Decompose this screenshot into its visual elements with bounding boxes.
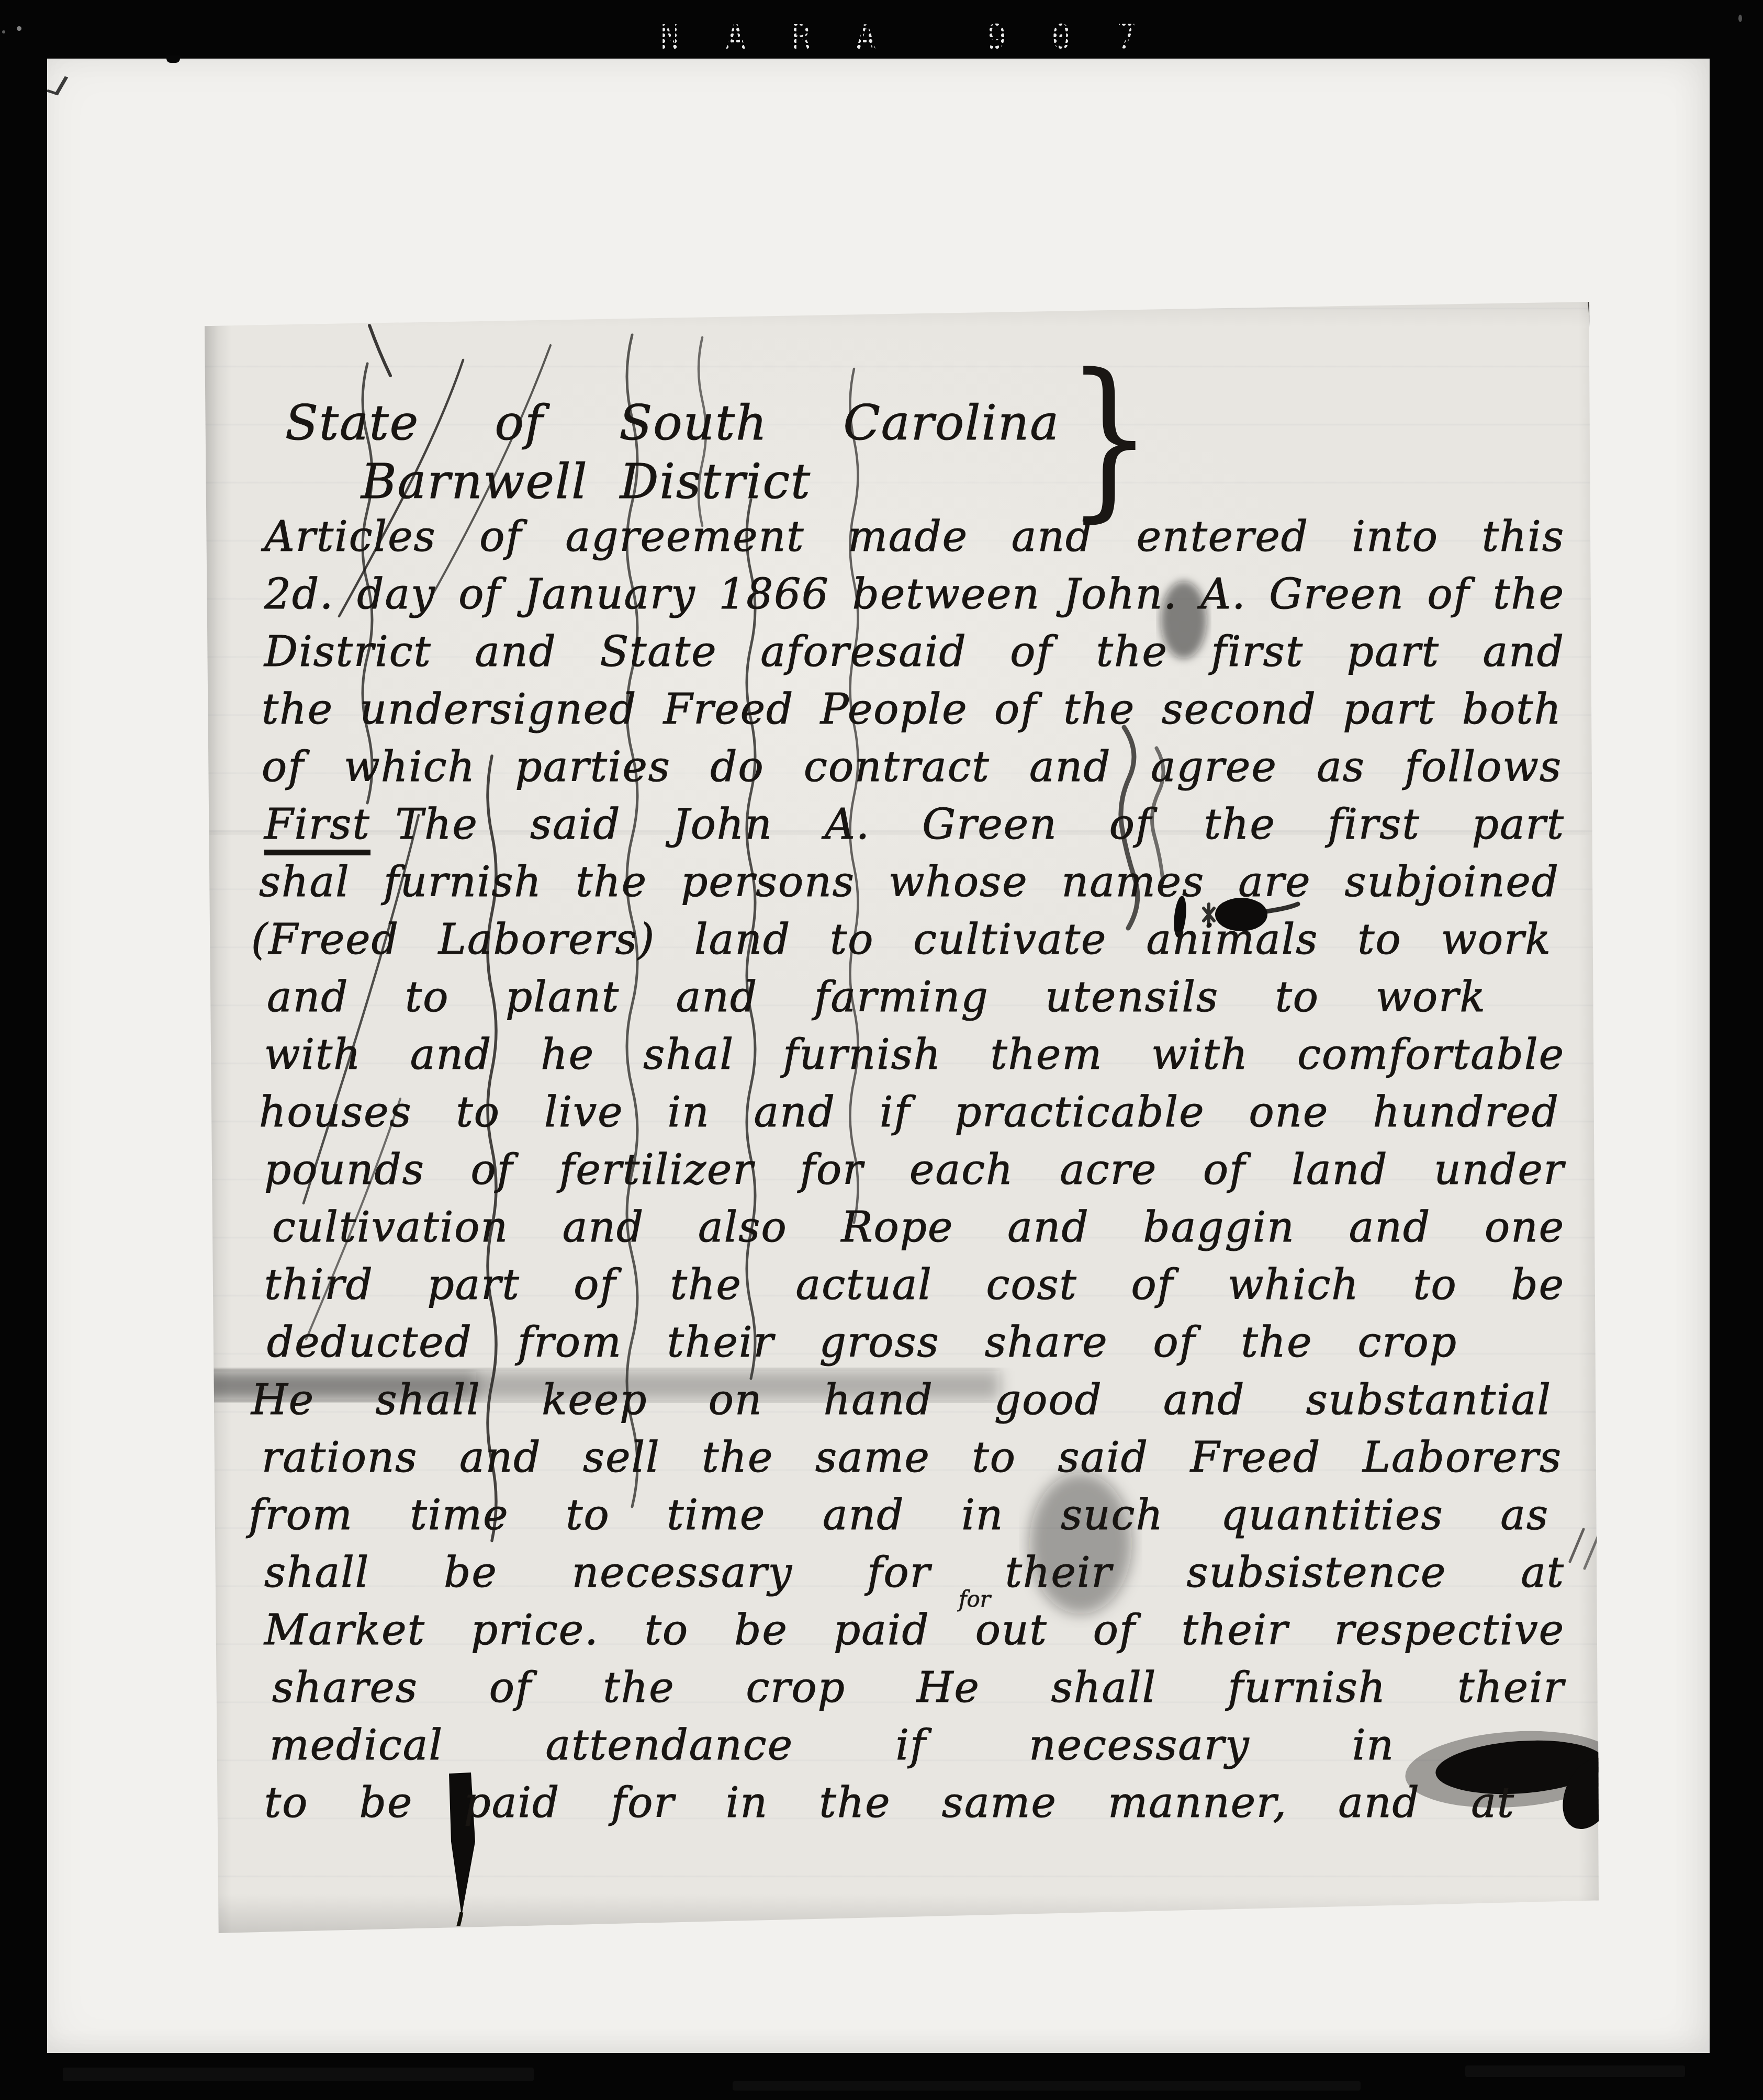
manuscript-line: He shall keep on hand good and substanti… <box>251 1376 1552 1424</box>
film-bottom-streak <box>733 2081 1361 2091</box>
manuscript-line: shal furnish the persons whose names are… <box>259 858 1559 906</box>
manuscript-line: and to plant and farming utensils to wor… <box>267 973 1486 1021</box>
manuscript-line: the undersigned Freed People of the seco… <box>262 685 1562 733</box>
manuscript-line: deducted from their gross share of the c… <box>267 1318 1457 1367</box>
film-bottom-streak <box>1465 2065 1685 2077</box>
manuscript-line: Market price. to be paid out of their re… <box>264 1606 1565 1654</box>
manuscript-line-text: The said John A. Green of the first part <box>396 800 1565 849</box>
manuscript-line: with and he shal furnish them with comfo… <box>264 1031 1565 1079</box>
insertion-word: for <box>959 1586 991 1612</box>
film-speck <box>2 30 5 33</box>
film-header-label: NARA 907 <box>660 21 1182 54</box>
manuscript-line: Articles of agreement made and entered i… <box>264 513 1565 561</box>
curly-brace: } <box>1066 360 1152 515</box>
manuscript-line: third part of the actual cost of which t… <box>264 1261 1565 1309</box>
manuscript-line: rations and sell the same to said Freed … <box>262 1433 1562 1482</box>
film-speck <box>1738 15 1742 22</box>
manuscript-line: pounds of fertilizer for each acre of la… <box>264 1146 1565 1194</box>
manuscript-line: shares of the crop He shall furnish thei… <box>272 1664 1565 1712</box>
manuscript-line: to be paid for in the same manner, and a… <box>264 1779 1515 1827</box>
manuscript-line: Barnwell District <box>361 454 811 510</box>
manuscript-line: (Freed Laborers) land to cultivate anima… <box>251 916 1552 964</box>
film-bottom-streak <box>63 2068 534 2081</box>
manuscript-line: FirstThe said John A. Green of the first… <box>264 800 1565 849</box>
manuscript-line: medical attendance if necessary in <box>269 1721 1395 1769</box>
underlined-word-first: First <box>264 800 370 855</box>
film-speck <box>17 26 21 31</box>
manuscript-line: cultivation and also Rope and baggin and… <box>272 1203 1565 1251</box>
manuscript-line: State of South Carolina <box>285 396 1060 451</box>
manuscript-line: District and State aforesaid of the firs… <box>264 628 1565 676</box>
manuscript-line: houses to live in and if practicable one… <box>259 1088 1559 1136</box>
microfilm-scan: NARA 907 <box>0 0 1763 2100</box>
manuscript-line: from time to time and in such quantities… <box>249 1491 1549 1539</box>
manuscript-line: 2d. day of January 1866 between John. A.… <box>264 570 1565 618</box>
manuscript-line: of which parties do contract and agree a… <box>262 743 1562 791</box>
manuscript-line: shall be necessary for their subsistence… <box>264 1549 1565 1597</box>
mat-edge-notch <box>166 55 180 63</box>
